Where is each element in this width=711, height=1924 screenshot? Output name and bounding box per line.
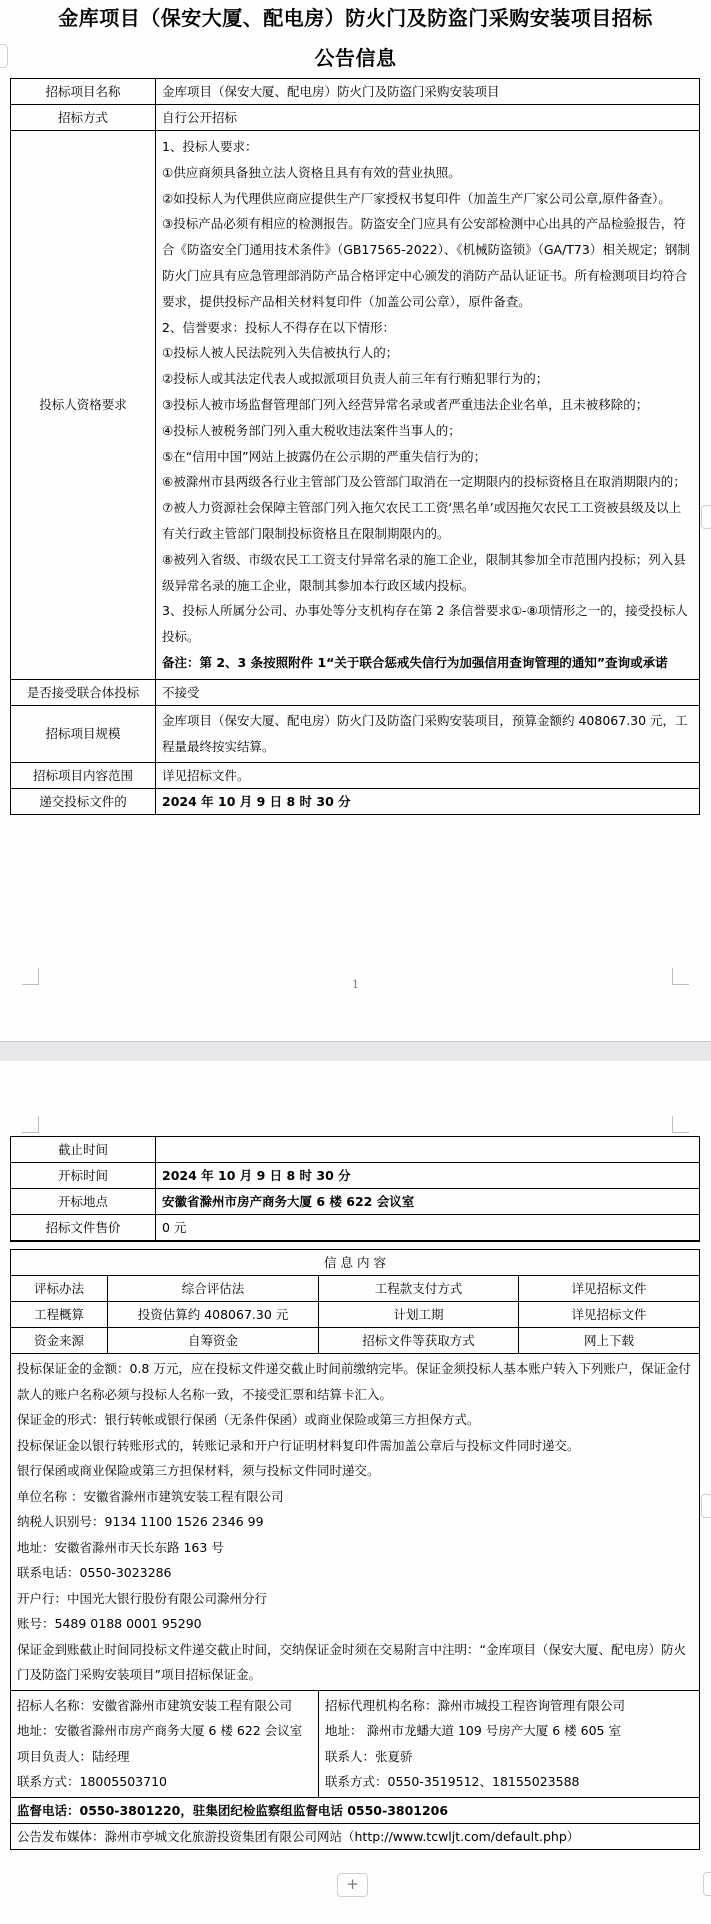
document-page-1: 金库项目（保安大厦、配电房）防火门及防盗门采购安装项目招标 公告信息 招标项目名… xyxy=(0,0,711,1040)
row-label: 是否接受联合体投标 xyxy=(11,679,156,705)
req-line: 2、信誉要求：投标人不得存在以下情形： xyxy=(162,315,693,341)
row-value: 不接受 xyxy=(156,679,700,705)
tenderer-info: 招标人名称：安徽省滁州市建筑安装工程有限公司 地址：安徽省滁州市房产商务大厦 6… xyxy=(11,1690,319,1797)
req-line: ②如投标人为代理供应商应提供生产厂家授权书复印件（加盖生产厂家公司公章,原件备查… xyxy=(162,186,693,212)
deposit-line: 投标保证金以银行转账形式的，转账记录和开户行证明材料复印件需加盖公章后与投标文件… xyxy=(17,1433,693,1459)
right-margin-handle[interactable] xyxy=(701,505,711,529)
table-row: 招标项目内容范围 详见招标文件。 xyxy=(11,762,700,788)
left-margin-handle[interactable] xyxy=(0,44,8,68)
grid-cell: 综合评估法 xyxy=(108,1276,319,1302)
table-row: 开标时间 2024 年 10 月 9 日 8 时 30 分 xyxy=(11,1163,700,1189)
supervision-row: 监督电话：0550-3801220，驻集团纪检监察组监督电话 0550-3801… xyxy=(11,1797,700,1823)
table-row: 是否接受联合体投标 不接受 xyxy=(11,679,700,705)
deposit-line: 单位名称 ：安徽省滁州市建筑安装工程有限公司 xyxy=(17,1484,693,1510)
contacts-row: 招标人名称：安徽省滁州市建筑安装工程有限公司 地址：安徽省滁州市房产商务大厦 6… xyxy=(11,1690,700,1797)
row-label: 招标方式 xyxy=(11,105,156,131)
row-label: 开标地点 xyxy=(11,1189,156,1215)
agent-line: 招标代理机构名称：滁州市城投工程咨询管理有限公司 xyxy=(325,1693,693,1719)
row-value: 金库项目（保安大厦、配电房）防火门及防盗门采购安装项目 xyxy=(156,79,700,105)
right-margin-handle[interactable] xyxy=(703,1872,711,1896)
row-value xyxy=(156,1137,700,1163)
row-label: 招标项目名称 xyxy=(11,79,156,105)
table-row: 递交投标文件的 2024 年 10 月 9 日 8 时 30 分 xyxy=(11,788,700,814)
document-title-line-2: 公告信息 xyxy=(0,42,711,71)
row-value: 自行公开招标 xyxy=(156,105,700,131)
supervision-phone: 监督电话：0550-3801220，驻集团纪检监察组监督电话 0550-3801… xyxy=(11,1797,700,1823)
row-label: 招标项目内容范围 xyxy=(11,762,156,788)
row-label: 递交投标文件的 xyxy=(11,788,156,814)
table-row: 截止时间 xyxy=(11,1137,700,1163)
table-row: 招标项目名称 金库项目（保安大厦、配电房）防火门及防盗门采购安装项目 xyxy=(11,79,700,105)
req-line: 1、投标人要求： xyxy=(162,134,693,160)
tenderer-line: 项目负责人：陆经理 xyxy=(17,1744,312,1770)
agent-line: 地址： 滁州市龙蟠大道 109 号房产大厦 6 楼 605 室 xyxy=(325,1718,693,1744)
document-title-line-1: 金库项目（保安大厦、配电房）防火门及防盗门采购安装项目招标 xyxy=(0,2,711,31)
deposit-line: 投标保证金的金额：0.8 万元，应在投标文件递交截止时间前缴纳完毕。保证金须投标… xyxy=(17,1356,693,1407)
page-margin-corner xyxy=(22,1116,39,1133)
deposit-line: 保证金到账截止时间同投标文件递交截止时间，交纳保证金时须在交易附言中注明：“金库… xyxy=(17,1637,693,1688)
row-label: 投标人资格要求 xyxy=(11,131,156,680)
req-line: ①投标人被人民法院列入失信被执行人的； xyxy=(162,340,693,366)
agent-line: 联系人：张夏骄 xyxy=(325,1744,693,1770)
table-row: 资金来源 自筹资金 招标文件等获取方式 网上下载 xyxy=(11,1328,700,1354)
row-value: 2024 年 10 月 9 日 8 时 30 分 xyxy=(156,788,700,814)
deposit-line: 地址：安徽省滁州市天长东路 163 号 xyxy=(17,1535,693,1561)
info-header-row: 信 息 内 容 xyxy=(11,1250,700,1276)
qualification-requirements: 1、投标人要求： ①供应商须具备独立法人资格且具有有效的营业执照。 ②如投标人为… xyxy=(156,131,700,680)
grid-cell: 工程款支付方式 xyxy=(319,1276,519,1302)
deposit-line: 开户行：中国光大银行股份有限公司滁州分行 xyxy=(17,1586,693,1612)
grid-cell: 资金来源 xyxy=(11,1328,108,1354)
table-row: 招标方式 自行公开招标 xyxy=(11,105,700,131)
info-header: 信 息 内 容 xyxy=(11,1250,700,1276)
grid-cell: 自筹资金 xyxy=(108,1328,319,1354)
media-row: 公告发布媒体：滁州市亭城文化旅游投资集团有限公司网站（http://www.tc… xyxy=(11,1823,700,1849)
req-line: ①供应商须具备独立法人资格且具有有效的营业执照。 xyxy=(162,160,693,186)
table-row: 招标项目规模 金库项目（保安大厦、配电房）防火门及防盗门采购安装项目，预算金额约… xyxy=(11,705,700,762)
deposit-row: 投标保证金的金额：0.8 万元，应在投标文件递交截止时间前缴纳完毕。保证金须投标… xyxy=(11,1354,700,1691)
right-margin-handle[interactable] xyxy=(701,1494,711,1518)
grid-cell: 计划工期 xyxy=(319,1302,519,1328)
grid-cell: 详见招标文件 xyxy=(519,1302,700,1328)
tenderer-line: 招标人名称：安徽省滁州市建筑安装工程有限公司 xyxy=(17,1693,312,1719)
add-row-button[interactable]: + xyxy=(337,1873,368,1897)
deposit-line: 账号：5489 0188 0001 95290 xyxy=(17,1611,693,1637)
deposit-line: 银行保函或商业保险或第三方担保材料，须与投标文件同时递交。 xyxy=(17,1458,693,1484)
tenderer-line: 联系方式：18005503710 xyxy=(17,1769,312,1795)
row-value: 0 元 xyxy=(156,1215,700,1241)
grid-cell: 招标文件等获取方式 xyxy=(319,1328,519,1354)
req-line: ④投标人被税务部门列入重大税收违法案件当事人的； xyxy=(162,418,693,444)
req-line: ②投标人或其法定代表人或拟派项目负责人前三年有行贿犯罪行为的； xyxy=(162,366,693,392)
tenderer-line: 地址：安徽省滁州市房产商务大厦 6 楼 622 会议室 xyxy=(17,1718,312,1744)
page-separator xyxy=(0,1041,711,1062)
table-row-qualification: 投标人资格要求 1、投标人要求： ①供应商须具备独立法人资格且具有有效的营业执照… xyxy=(11,131,700,680)
grid-cell: 工程概算 xyxy=(11,1302,108,1328)
bid-info-table-2: 截止时间 开标时间 2024 年 10 月 9 日 8 时 30 分 开标地点 … xyxy=(10,1136,700,1242)
deposit-line: 联系电话：0550-3023286 xyxy=(17,1560,693,1586)
grid-cell: 投资估算约 408067.30 元 xyxy=(108,1302,319,1328)
bid-info-table-1: 招标项目名称 金库项目（保安大厦、配电房）防火门及防盗门采购安装项目 招标方式 … xyxy=(10,78,700,815)
row-label: 开标时间 xyxy=(11,1163,156,1189)
page-number: 1 xyxy=(0,978,711,991)
row-label: 招标项目规模 xyxy=(11,705,156,762)
table-row: 招标文件售价 0 元 xyxy=(11,1215,700,1241)
grid-cell: 网上下载 xyxy=(519,1328,700,1354)
req-line: ⑧被列入省级、市级农民工工资支付异常名录的施工企业，限制其参加全市范围内投标；列… xyxy=(162,547,693,599)
row-value: 安徽省滁州市房产商务大厦 6 楼 622 会议室 xyxy=(156,1189,700,1215)
row-value: 2024 年 10 月 9 日 8 时 30 分 xyxy=(156,1163,700,1189)
table-row: 开标地点 安徽省滁州市房产商务大厦 6 楼 622 会议室 xyxy=(11,1189,700,1215)
req-line: ⑦被人力资源社会保障主管部门列入拖欠农民工工资‘黑名单’或因拖欠农民工工资被县级… xyxy=(162,495,693,547)
req-line: ⑥被滁州市县两级各行业主管部门及公管部门取消在一定期限内的投标资格且在取消期限内… xyxy=(162,469,693,495)
grid-cell: 评标办法 xyxy=(11,1276,108,1302)
req-note: 备注：第 2、3 条按照附件 1“关于联合惩戒失信行为加强信用查询管理的通知”查… xyxy=(162,650,693,676)
agent-info: 招标代理机构名称：滁州市城投工程咨询管理有限公司 地址： 滁州市龙蟠大道 109… xyxy=(319,1690,700,1797)
req-line: ⑤在“信用中国”网站上披露仍在公示期的严重失信行为的； xyxy=(162,444,693,470)
row-label: 截止时间 xyxy=(11,1137,156,1163)
row-label: 招标文件售价 xyxy=(11,1215,156,1241)
deposit-line: 保证金的形式：银行转帐或银行保函（无条件保函）或商业保险或第三方担保方式。 xyxy=(17,1407,693,1433)
info-content-table: 信 息 内 容 评标办法 综合评估法 工程款支付方式 详见招标文件 工程概算 投… xyxy=(10,1249,700,1850)
table-row: 工程概算 投资估算约 408067.30 元 计划工期 详见招标文件 xyxy=(11,1302,700,1328)
deposit-line: 纳税人识别号：9134 1100 1526 2346 99 xyxy=(17,1509,693,1535)
table-row: 评标办法 综合评估法 工程款支付方式 详见招标文件 xyxy=(11,1276,700,1302)
deposit-info: 投标保证金的金额：0.8 万元，应在投标文件递交截止时间前缴纳完毕。保证金须投标… xyxy=(11,1354,700,1691)
agent-line: 联系方式：0550-3519512、18155023588 xyxy=(325,1769,693,1795)
row-value: 金库项目（保安大厦、配电房）防火门及防盗门采购安装项目，预算金额约 408067… xyxy=(156,705,700,762)
req-line: ③投标产品必须有相应的检测报告。防盗安全门应具有公安部检测中心出具的产品检验报告… xyxy=(162,211,693,314)
publication-media: 公告发布媒体：滁州市亭城文化旅游投资集团有限公司网站（http://www.tc… xyxy=(11,1823,700,1849)
spacer-row xyxy=(11,1241,700,1242)
req-line: ③投标人被市场监督管理部门列入经营异常名录或者严重违法企业名单，且未被移除的； xyxy=(162,392,693,418)
grid-cell: 详见招标文件 xyxy=(519,1276,700,1302)
req-line: 3、投标人所属分公司、办事处等分支机构存在第 2 条信誉要求①-⑧项情形之一的，… xyxy=(162,598,693,650)
table-row xyxy=(11,1241,700,1242)
row-value: 详见招标文件。 xyxy=(156,762,700,788)
page-margin-corner xyxy=(672,1116,689,1133)
